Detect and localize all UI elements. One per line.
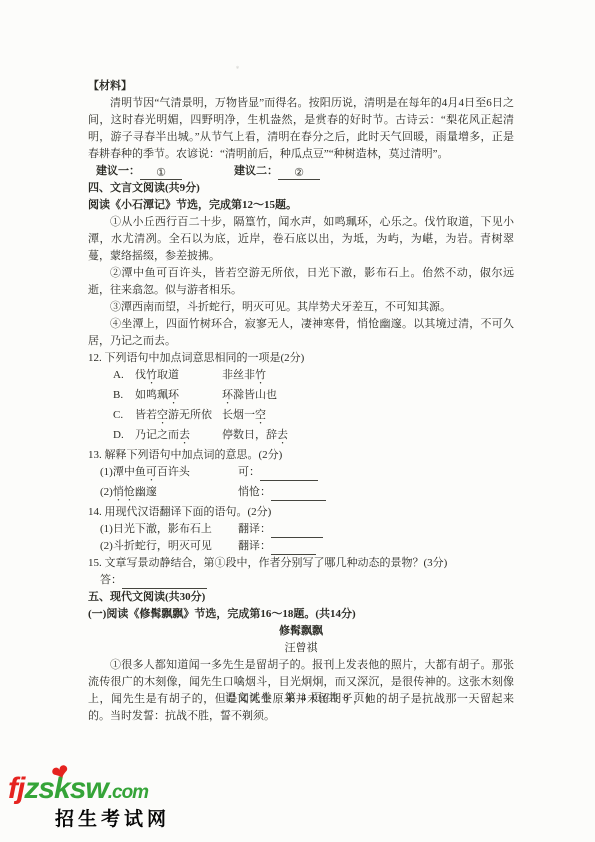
q13-item-2-answer: 悄怆： bbox=[238, 484, 326, 504]
q14-item-1-blank bbox=[271, 524, 323, 538]
section5-author: 汪曾祺 bbox=[88, 640, 514, 657]
q13-item-1-text: (1)潭中鱼可百许头 bbox=[100, 464, 238, 484]
fjzsksw-watermark-logo: ❤fjzsksw.com 招生考试网 bbox=[8, 775, 228, 830]
q12-option-c-right: 长烟一空 bbox=[222, 407, 266, 427]
q15-stem: 15. 文章写景动静结合，第①段中，作者分别写了哪几种动态的景物？(3分) bbox=[88, 555, 514, 572]
q12-option-d-left: 乃记之而去 bbox=[135, 427, 222, 447]
q12-option-a: A. 伐竹取道 非丝非竹 bbox=[88, 367, 514, 387]
suggestion-2: 建议二：② bbox=[234, 165, 320, 177]
q13-item-1-blank bbox=[260, 467, 318, 481]
q14-stem: 14. 用现代汉语翻译下面的语句。(2分) bbox=[88, 504, 514, 521]
q14-item-1-label: 翻译： bbox=[238, 523, 271, 535]
passage-paragraph-4: ④坐潭上，四面竹树环合，寂寥无人，凄神寒骨，悄怆幽邃。以其境过清，不可久居，乃记… bbox=[88, 316, 514, 350]
suggestion2-label: 建议二： bbox=[234, 165, 278, 177]
q12-option-b-letter: B. bbox=[113, 387, 135, 407]
section5-heading: 五、现代文阅读(共30分) bbox=[88, 589, 514, 606]
q12-option-c: C. 皆若空游无所依 长烟一空 bbox=[88, 407, 514, 427]
page-footer: 语文试卷 第 4 页(共 8 页) bbox=[0, 689, 595, 705]
logo-prefix: fj bbox=[8, 772, 24, 805]
q13-item-2-text: (2)悄怆幽邃 bbox=[100, 484, 238, 504]
material-paragraph: 清明节因“气清景明，万物皆显”而得名。按阳历说，清明是在每年的4月4日至6日之间… bbox=[88, 95, 514, 163]
logo-chinese-text: 招生考试网 bbox=[55, 808, 228, 830]
q13-item-2: (2)悄怆幽邃 悄怆： bbox=[88, 484, 514, 504]
q12-stem: 12. 下列语句中加点词意思相同的一项是(2分) bbox=[88, 350, 514, 367]
q12-option-d: D. 乃记之而去 停数日，辞去 bbox=[88, 427, 514, 447]
q12-option-b-left: 如鸣珮环 bbox=[135, 387, 222, 407]
q13-item-1-label: 可： bbox=[238, 466, 260, 478]
q15-answer-row: 答： bbox=[88, 572, 514, 589]
material-label: 【材料】 bbox=[88, 78, 514, 95]
q14-item-2-blank bbox=[271, 541, 316, 555]
q14-item-2: (2)斗折蛇行，明灭可见 翻译： bbox=[88, 538, 514, 555]
q14-item-1-text: (1)日光下澈，影布石上 bbox=[100, 521, 238, 538]
section5-title: 修髯飘飘 bbox=[88, 623, 514, 640]
scan-artifact: ﹡ bbox=[233, 64, 242, 73]
suggestion1-value: ① bbox=[156, 167, 166, 179]
passage-paragraph-1: ①从小丘西行百二十步，隔篁竹，闻水声，如鸣珮环，心乐之。伐竹取道，下见小潭，水尤… bbox=[88, 214, 514, 265]
passage-paragraph-3: ③潭西南而望，斗折蛇行，明灭可见。其岸势犬牙差互，不可知其源。 bbox=[88, 299, 514, 316]
suggestion-1: 建议一：① bbox=[96, 165, 182, 177]
q14-item-1: (1)日光下澈，影布石上 翻译： bbox=[88, 521, 514, 538]
q12-option-d-letter: D. bbox=[113, 427, 135, 447]
exam-page-content: 【材料】 清明节因“气清景明，万物皆显”而得名。按阳历说，清明是在每年的4月4日… bbox=[88, 78, 514, 725]
q14-item-2-label: 翻译： bbox=[238, 540, 271, 552]
logo-latin-text: ❤fjzsksw.com bbox=[8, 775, 228, 807]
suggestion1-blank: ① bbox=[140, 166, 182, 180]
suggestion2-blank: ② bbox=[278, 166, 320, 180]
passage-paragraph-2: ②潭中鱼可百许头，皆若空游无所依，日光下澈，影布石上。佁然不动，俶尔远逝，往来翕… bbox=[88, 265, 514, 299]
q13-item-1-answer: 可： bbox=[238, 464, 318, 484]
q15-answer-blank bbox=[122, 575, 207, 589]
q12-option-a-right: 非丝非竹 bbox=[222, 367, 266, 387]
section5-intro: (一)阅读《修髯飘飘》节选，完成第16～18题。(共14分) bbox=[88, 606, 514, 623]
q12-option-b-right: 环滁皆山也 bbox=[222, 387, 277, 407]
q14-item-2-text: (2)斗折蛇行，明灭可见 bbox=[100, 538, 238, 555]
q12-option-b: B. 如鸣珮环 环滁皆山也 bbox=[88, 387, 514, 407]
q13-item-2-label: 悄怆： bbox=[238, 486, 271, 498]
q14-item-1-answer: 翻译： bbox=[238, 521, 323, 538]
suggestions-row: 建议一：①建议二：② bbox=[88, 163, 514, 180]
logo-domain: .com bbox=[108, 782, 148, 803]
suggestion2-value: ② bbox=[294, 167, 304, 179]
q13-item-2-blank bbox=[271, 487, 326, 501]
section4-intro: 阅读《小石潭记》节选，完成第12～15题。 bbox=[88, 197, 514, 214]
suggestion1-label: 建议一： bbox=[96, 165, 140, 177]
q14-item-2-answer: 翻译： bbox=[238, 538, 316, 555]
q12-option-d-right: 停数日，辞去 bbox=[222, 427, 288, 447]
q13-stem: 13. 解释下列语句中加点词的意思。(2分) bbox=[88, 447, 514, 464]
q12-option-c-left: 皆若空游无所依 bbox=[135, 407, 222, 427]
q12-option-a-letter: A. bbox=[113, 367, 135, 387]
q13-item-1: (1)潭中鱼可百许头 可： bbox=[88, 464, 514, 484]
q12-option-c-letter: C. bbox=[113, 407, 135, 427]
section4-heading: 四、文言文阅读(共9分) bbox=[88, 180, 514, 197]
q15-answer-label: 答： bbox=[100, 574, 122, 586]
q12-option-a-left: 伐竹取道 bbox=[135, 367, 222, 387]
